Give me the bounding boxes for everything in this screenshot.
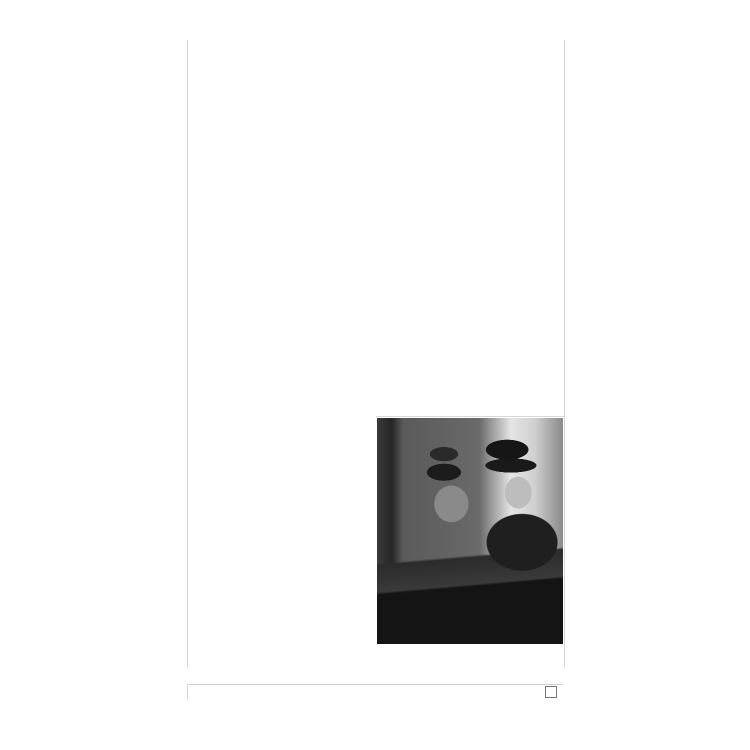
footer-tick xyxy=(187,684,188,700)
photo-caption xyxy=(376,649,564,662)
book-page xyxy=(187,40,565,668)
box-icon xyxy=(545,686,557,698)
photo-figure xyxy=(376,416,564,669)
photo-image xyxy=(377,418,563,644)
footer-rule xyxy=(187,684,563,685)
running-footer xyxy=(540,686,562,698)
